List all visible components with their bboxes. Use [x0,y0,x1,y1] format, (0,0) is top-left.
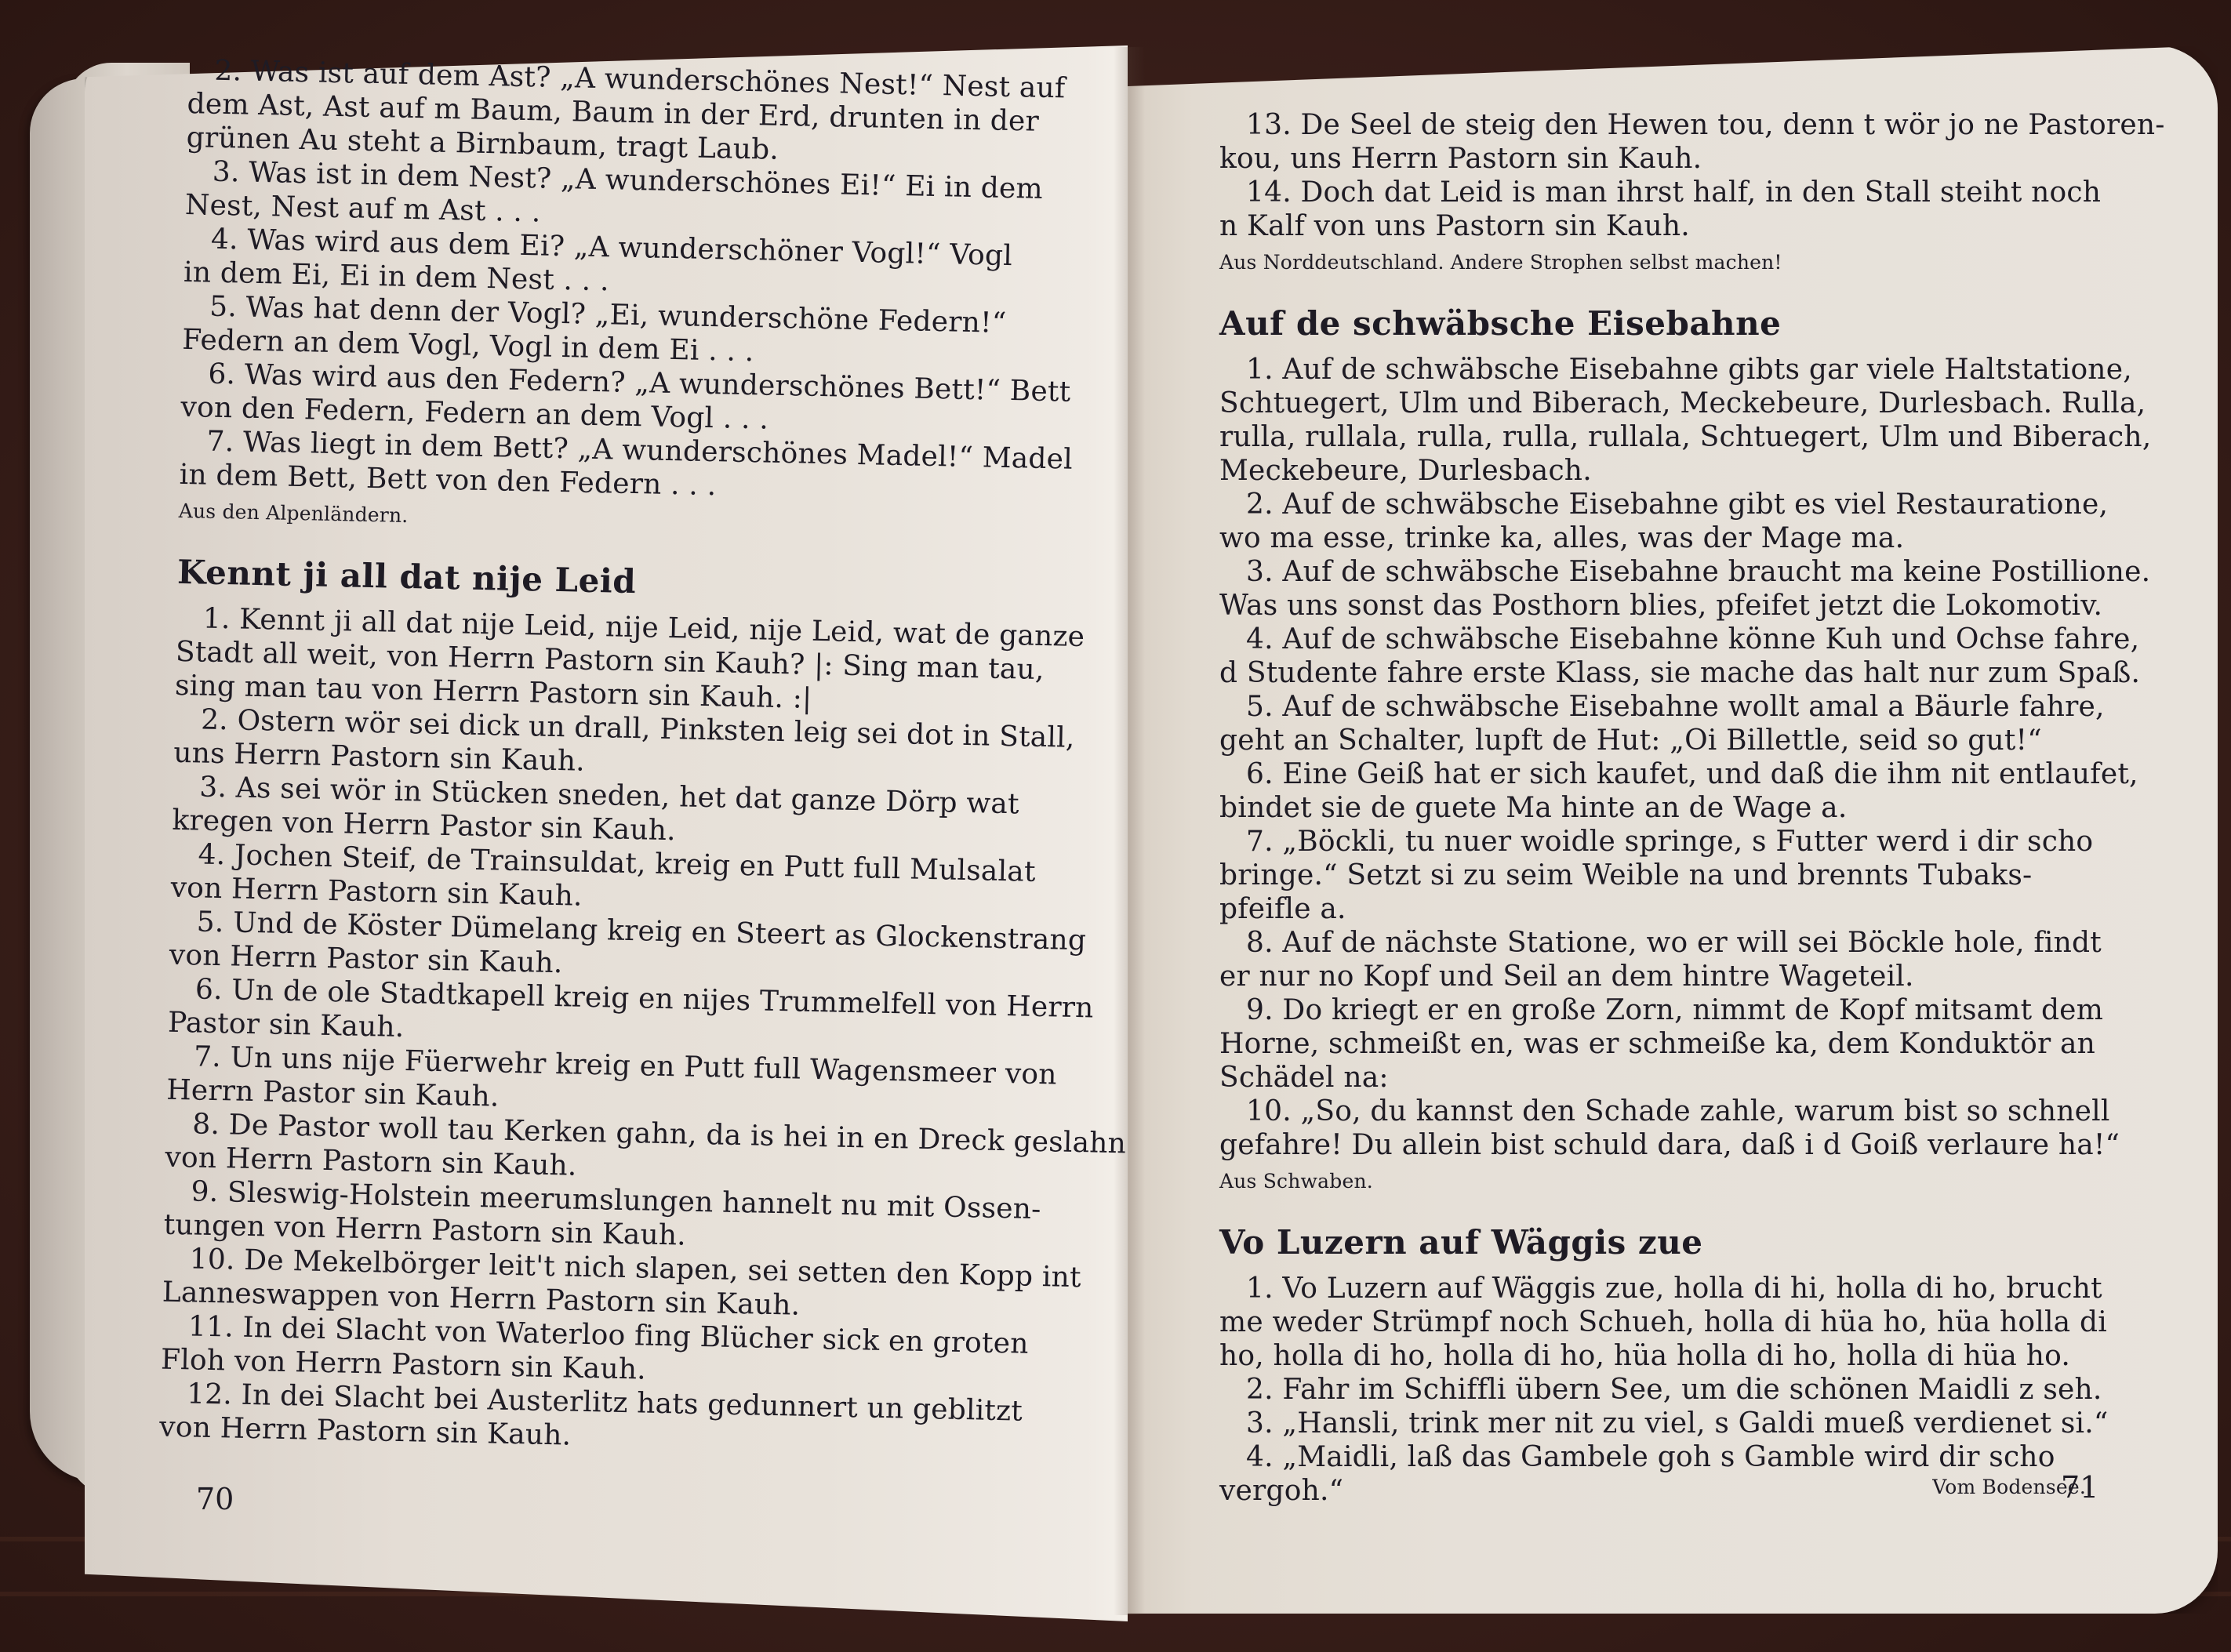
song-source: Aus Schwaben. [1219,1168,2086,1195]
stanza: 5. Auf de schwäbsche Eisebahne wollt ama… [1219,690,2086,757]
song-title: Auf de schwäbsche Eisebahne [1219,303,2086,345]
stanza: 8. Auf de nächste Statione, wo er will s… [1219,926,2086,993]
page-number-left: 70 [196,1482,234,1516]
final-line: vergoh.“ [1219,1474,1343,1508]
song-continued-stanzas: 13. De Seel de steig den Hewen tou, denn… [1219,108,2086,243]
song-stanzas: 1. Kennt ji all dat nije Leid, nije Leid… [159,601,1043,1462]
stanza-line: n Kalf von uns Pastorn sin Kauh. [1219,209,2086,243]
stanza: 1. Vo Luzern auf Wäggis zue, holla di hi… [1219,1272,2086,1373]
song-continued-stanzas: 2. Was ist auf dem Ast? „A wunderschönes… [179,53,1054,510]
stanza: 3. „Hansli, trink mer nit zu viel, s Gal… [1219,1407,2086,1440]
stanza-line: 4. Auf de schwäbsche Eisebahne könne Kuh… [1219,623,2086,656]
song-title: Kennt ji all dat nije Leid [177,551,1045,612]
stanza-line: 14. Doch dat Leid is man ihrst half, in … [1219,176,2086,209]
stanza-line: gefahre! Du allein bist schuld dara, daß… [1219,1128,2086,1162]
stanza: 4. „Maidli, laß das Gambele goh s Gamble… [1219,1440,2086,1474]
stanza: 2. Was ist auf dem Ast? „A wunderschönes… [186,53,1054,172]
stanza: 7. „Böckli, tu nuer woidle springe, s Fu… [1219,825,2086,926]
stanza-line: Meckebeure, Durlesbach. [1219,454,2086,488]
stanza-line: kou, uns Herrn Pastorn sin Kauh. [1219,142,2086,176]
stanza-line: geht an Schalter, lupft de Hut: „Oi Bill… [1219,724,2086,757]
song-stanzas: 1. Vo Luzern auf Wäggis zue, holla di hi… [1219,1272,2086,1474]
stanza: 6. Eine Geiß hat er sich kaufet, und daß… [1219,757,2086,825]
stanza: 4. Auf de schwäbsche Eisebahne könne Kuh… [1219,623,2086,690]
book-gutter [1114,47,1145,1615]
song-title: Vo Luzern auf Wäggis zue [1219,1222,2086,1264]
final-line-row: vergoh.“ Vom Bodensee. [1219,1474,2086,1508]
song-stanzas: 1. Auf de schwäbsche Eisebahne gibts gar… [1219,353,2086,1162]
stanza-line: 13. De Seel de steig den Hewen tou, denn… [1219,108,2086,142]
stanza: 1. Auf de schwäbsche Eisebahne gibts gar… [1219,353,2086,488]
stanza: 2. Auf de schwäbsche Eisebahne gibt es v… [1219,488,2086,555]
stanza-line: Schtuegert, Ulm und Biberach, Meckebeure… [1219,387,2086,420]
stanza-line: 6. Eine Geiß hat er sich kaufet, und daß… [1219,757,2086,791]
left-page-text: 2. Was ist auf dem Ast? „A wunderschönes… [159,53,1055,1462]
song-source: Aus Norddeutschland. Andere Strophen sel… [1219,249,2086,276]
stanza-line: 1. Auf de schwäbsche Eisebahne gibts gar… [1219,353,2086,387]
stanza-line: 3. „Hansli, trink mer nit zu viel, s Gal… [1219,1407,2086,1440]
stanza-line: rulla, rullala, rulla, rulla, rullala, S… [1219,420,2086,454]
stanza-line: 8. Auf de nächste Statione, wo er will s… [1219,926,2086,960]
stanza-line: bringe.“ Setzt si zu seim Weible na und … [1219,859,2086,892]
stanza-line: 3. Auf de schwäbsche Eisebahne braucht m… [1219,555,2086,589]
stanza-line: 5. Auf de schwäbsche Eisebahne wollt ama… [1219,690,2086,724]
stanza-line: bindet sie de guete Ma hinte an de Wage … [1219,791,2086,825]
stanza-line: 2. Fahr im Schiffli übern See, um die sc… [1219,1373,2086,1407]
stanza-line: 2. Auf de schwäbsche Eisebahne gibt es v… [1219,488,2086,521]
stanza: 1. Kennt ji all dat nije Leid, nije Leid… [175,601,1043,721]
page-number-right: 71 [2061,1470,2098,1505]
stanza: 3. Auf de schwäbsche Eisebahne braucht m… [1219,555,2086,623]
stanza-line: ho, holla di ho, holla di ho, hüa holla … [1219,1339,2086,1373]
stanza: 10. „So, du kannst den Schade zahle, war… [1219,1095,2086,1162]
stanza-line: d Studente fahre erste Klass, sie mache … [1219,656,2086,690]
stanza: 9. Do kriegt er en große Zorn, nimmt de … [1219,993,2086,1095]
stanza-line: 4. „Maidli, laß das Gambele goh s Gamble… [1219,1440,2086,1474]
stanza-line: 10. „So, du kannst den Schade zahle, war… [1219,1095,2086,1128]
stanza-line: 7. „Böckli, tu nuer woidle springe, s Fu… [1219,825,2086,859]
stanza-line: 9. Do kriegt er en große Zorn, nimmt de … [1219,993,2086,1027]
stanza-line: wo ma esse, trinke ka, alles, was der Ma… [1219,521,2086,555]
right-page-text: 13. De Seel de steig den Hewen tou, denn… [1219,108,2086,1508]
stanza-line: me weder Strümpf noch Schueh, holla di h… [1219,1305,2086,1339]
stanza-line: pfeifle a. [1219,892,2086,926]
stanza-line: er nur no Kopf und Seil an dem hintre Wa… [1219,960,2086,993]
stanza: 14. Doch dat Leid is man ihrst half, in … [1219,176,2086,243]
stanza-line: Horne, schmeißt en, was er schmeiße ka, … [1219,1027,2086,1061]
stanza: 13. De Seel de steig den Hewen tou, denn… [1219,108,2086,176]
stanza-line: Schädel na: [1219,1061,2086,1095]
stanza-line: 1. Vo Luzern auf Wäggis zue, holla di hi… [1219,1272,2086,1305]
stanza: 2. Fahr im Schiffli übern See, um die sc… [1219,1373,2086,1407]
stanza-line: Was uns sonst das Posthorn blies, pfeife… [1219,589,2086,623]
